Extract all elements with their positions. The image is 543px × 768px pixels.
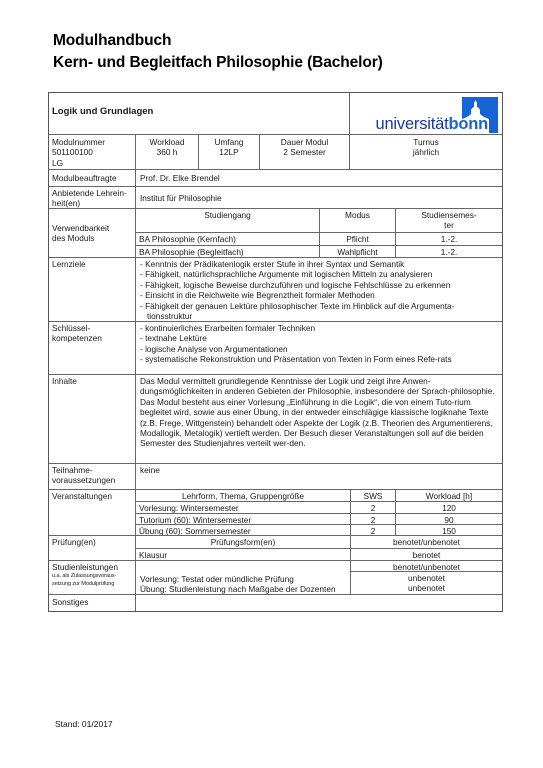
modulbeauftragte-value: Prof. Dr. Elke Brendel [135, 170, 502, 186]
veranstaltung-row: Tutorium (60): Wintersemester 2 90 [136, 513, 502, 524]
sonstiges-value [135, 595, 502, 611]
dauer-label: Dauer Modul [263, 137, 346, 147]
verwendbarkeit-label: Verwendbarkeit des Moduls [49, 209, 135, 257]
studienleistungen-grading: benotet/unbenotet unbenotet unbenotet [350, 561, 502, 594]
inhalte-paragraph: Das Modul vermittelt grundlegende Kenntn… [140, 376, 496, 397]
document-subtitle: Kern- und Begleitfach Philosophie (Bache… [53, 54, 383, 72]
workload-cell: Workload 360 h [135, 135, 198, 169]
schluesselkompetenzen-label: Schlüssel- kompetenzen [49, 322, 135, 374]
document-date: Stand: 01/2017 [55, 719, 113, 729]
modulbeauftragte-label: Modulbeauftragte [49, 170, 135, 186]
teilnahme-label: Teilnahme- voraussetzungen [49, 464, 135, 489]
lehreinheit-label: Anbietende Lehrein- heit(en) [49, 187, 135, 208]
veranstaltung-row: Vorlesung: Wintersemester 2 120 [136, 501, 502, 513]
module-name: Logik und Grundlagen [49, 93, 349, 134]
dauer-cell: Dauer Modul 2 Semester [259, 135, 349, 169]
lernziele-list: - Kenntnis der Prädikatenlogik erster St… [135, 258, 502, 321]
lernziele-row: Lernziele - Kenntnis der Prädikatenlogik… [49, 257, 502, 321]
university-logo: universitätbonn [348, 97, 498, 133]
dauer-value: 2 Semester [263, 147, 346, 157]
inhalte-paragraph: Das Modul besteht aus einer Vorlesung „E… [140, 397, 496, 449]
module-code: LG [52, 158, 132, 168]
umfang-value: 12LP [202, 147, 256, 157]
sonstiges-label: Sonstiges [49, 595, 135, 611]
lernziel-item: - Fähigkeit, natürlichsprachliche Argume… [140, 269, 496, 279]
verwendbarkeit-row: Verwendbarkeit des Moduls Studiengang Mo… [49, 208, 502, 257]
logo-text-regular: universität [375, 115, 448, 133]
document-title: Modulhandbuch [53, 32, 171, 50]
workload-label: Workload [139, 137, 195, 147]
verwendbarkeit-header: Studiengang Modus Studiensemes- ter [136, 209, 502, 232]
pruefung-label: Prüfung(en) [49, 536, 135, 560]
inhalte-label: Inhalte [49, 375, 135, 463]
umfang-cell: Umfang 12LP [198, 135, 259, 169]
kompetenz-item: - textnahe Lektüre [140, 333, 496, 343]
veranstaltungen-row: Veranstaltungen Lehrform, Thema, Gruppen… [49, 489, 502, 535]
verwendbarkeit-table: Studiengang Modus Studiensemes- ter BA P… [135, 209, 502, 257]
modulnummer-label: Modulnummer [52, 137, 132, 147]
turnus-label: Turnus [353, 137, 499, 147]
teilnahme-row: Teilnahme- voraussetzungen keine [49, 463, 502, 489]
studienleistungen-note: u.a. als Zulassungsvoraus- [52, 572, 135, 580]
workload-value: 360 h [139, 147, 195, 157]
pruefung-table: Prüfungsform(en) benotet/unbenotet Klaus… [135, 536, 502, 560]
module-info-row: Modulnummer 501100100 LG Workload 360 h … [49, 134, 502, 169]
lernziele-label: Lernziele [49, 258, 135, 321]
inhalte-text: Das Modul vermittelt grundlegende Kenntn… [135, 375, 502, 463]
logo-text-bold: bonn [448, 115, 488, 133]
veranstaltungen-header: Lehrform, Thema, Gruppengröße SWS Worklo… [136, 490, 502, 501]
module-table: Logik und Grundlagen universitätbonn Mod… [48, 92, 503, 612]
kompetenz-item: - logische Analyse von Argumentationen [140, 344, 496, 354]
logo-cell: universitätbonn [349, 93, 502, 134]
lehreinheit-row: Anbietende Lehrein- heit(en) Institut fü… [49, 186, 502, 208]
modulnummer-value: 501100100 [52, 147, 132, 157]
pruefung-header: Prüfungsform(en) benotet/unbenotet [136, 536, 502, 548]
modulbeauftragte-row: Modulbeauftragte Prof. Dr. Elke Brendel [49, 169, 502, 186]
veranstaltungen-table: Lehrform, Thema, Gruppengröße SWS Worklo… [135, 490, 502, 535]
verwendbarkeit-row-kernfach: BA Philosophie (Kernfach) Pflicht 1.-2. [136, 232, 502, 245]
pruefung-row: Prüfung(en) Prüfungsform(en) benotet/unb… [49, 535, 502, 560]
lernziel-item: - Kenntnis der Prädikatenlogik erster St… [140, 259, 496, 269]
studienleistungen-note: setzung zur Modulprüfung [52, 580, 135, 588]
module-header-row: Logik und Grundlagen universitätbonn [49, 93, 502, 134]
studienleistungen-text: Vorlesung: Testat oder mündliche Prüfung… [136, 561, 350, 594]
studienleistungen-table: Vorlesung: Testat oder mündliche Prüfung… [135, 561, 502, 594]
sonstiges-row: Sonstiges [49, 594, 502, 611]
lernziel-item: - Fähigkeit, logische Beweise durchzufüh… [140, 280, 496, 290]
lehreinheit-value: Institut für Philosophie [135, 187, 502, 208]
kompetenz-item: - kontinuierliches Erarbeiten formaler T… [140, 323, 496, 333]
umfang-label: Umfang [202, 137, 256, 147]
teilnahme-value: keine [135, 464, 502, 489]
veranstaltungen-label: Veranstaltungen [49, 490, 135, 535]
inhalte-row: Inhalte Das Modul vermittelt grundlegend… [49, 374, 502, 463]
turnus-value: jährlich [353, 147, 499, 157]
schluesselkompetenzen-row: Schlüssel- kompetenzen - kontinuierliche… [49, 321, 502, 374]
modulnummer-cell: Modulnummer 501100100 LG [49, 135, 135, 169]
schluesselkompetenzen-list: - kontinuierliches Erarbeiten formaler T… [135, 322, 502, 374]
studienleistungen-row: Studienleistungen u.a. als Zulassungsvor… [49, 560, 502, 594]
turnus-cell: Turnus jährlich [349, 135, 502, 169]
lernziel-item: - Einsicht in die Reichweite wie Begrenz… [140, 290, 496, 300]
kompetenz-item: - systematische Rekonstruktion und Präse… [140, 354, 496, 364]
studienleistungen-label: Studienleistungen u.a. als Zulassungsvor… [49, 561, 135, 594]
lernziel-item: - Fähigkeit der genauen Lektüre philosop… [140, 301, 496, 322]
